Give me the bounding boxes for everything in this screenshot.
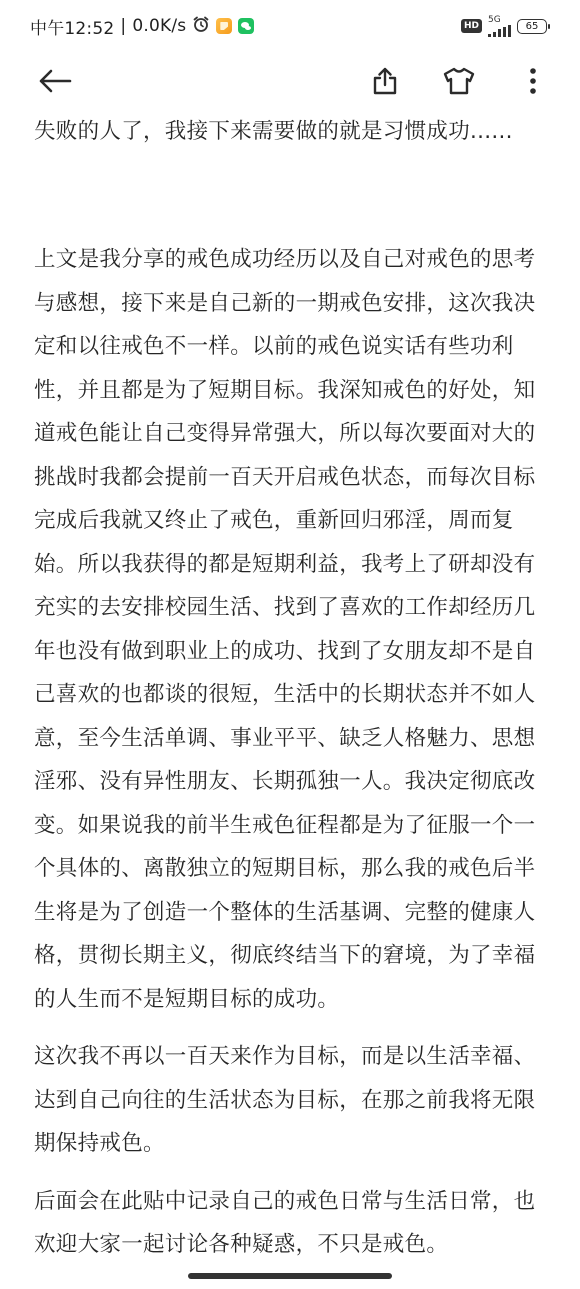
status-bar: 中午12:52 | 0.0K/s HD 5G 65 bbox=[0, 0, 580, 52]
orange-app-icon bbox=[216, 18, 232, 34]
theme-button[interactable] bbox=[442, 66, 476, 100]
wechat-icon bbox=[238, 18, 254, 34]
battery-level: 65 bbox=[526, 21, 539, 32]
status-right: HD 5G 65 bbox=[461, 16, 550, 37]
tshirt-icon bbox=[442, 66, 476, 100]
more-vertical-icon bbox=[529, 67, 537, 99]
hd-badge: HD bbox=[461, 19, 482, 33]
share-button[interactable] bbox=[368, 66, 402, 100]
status-separator: | bbox=[120, 16, 126, 36]
network-indicator: 5G bbox=[488, 16, 511, 37]
partial-top-line: 失败的人了，我接下来需要做的就是习惯成功...... bbox=[34, 110, 546, 146]
more-button[interactable] bbox=[516, 66, 550, 100]
share-icon bbox=[371, 66, 399, 100]
status-left: 中午12:52 | 0.0K/s bbox=[30, 14, 254, 39]
arrow-left-icon bbox=[38, 69, 72, 97]
network-type: 5G bbox=[488, 16, 501, 25]
network-speed: 0.0K/s bbox=[132, 16, 186, 36]
article-paragraph: 这次我不再以一百天来作为目标，而是以生活幸福、达到自己向往的生活状态为目标，在那… bbox=[34, 1035, 546, 1166]
battery-icon: 65 bbox=[517, 19, 550, 34]
alarm-icon bbox=[192, 15, 210, 37]
article-content: 失败的人了，我接下来需要做的就是习惯成功...... 上文是我分享的戒色成功经历… bbox=[34, 106, 546, 1267]
home-indicator[interactable] bbox=[188, 1273, 392, 1279]
toolbar bbox=[0, 52, 580, 114]
article-paragraph: 上文是我分享的戒色成功经历以及自己对戒色的思考与感想，接下来是自己新的一期戒色安… bbox=[34, 238, 546, 1021]
back-button[interactable] bbox=[38, 66, 72, 100]
status-time: 中午12:52 bbox=[30, 14, 114, 39]
toolbar-actions bbox=[368, 66, 550, 100]
article-paragraph: 后面会在此贴中记录自己的戒色日常与生活日常，也欢迎大家一起讨论各种疑惑，不只是戒… bbox=[34, 1180, 546, 1267]
signal-icon bbox=[488, 25, 511, 37]
